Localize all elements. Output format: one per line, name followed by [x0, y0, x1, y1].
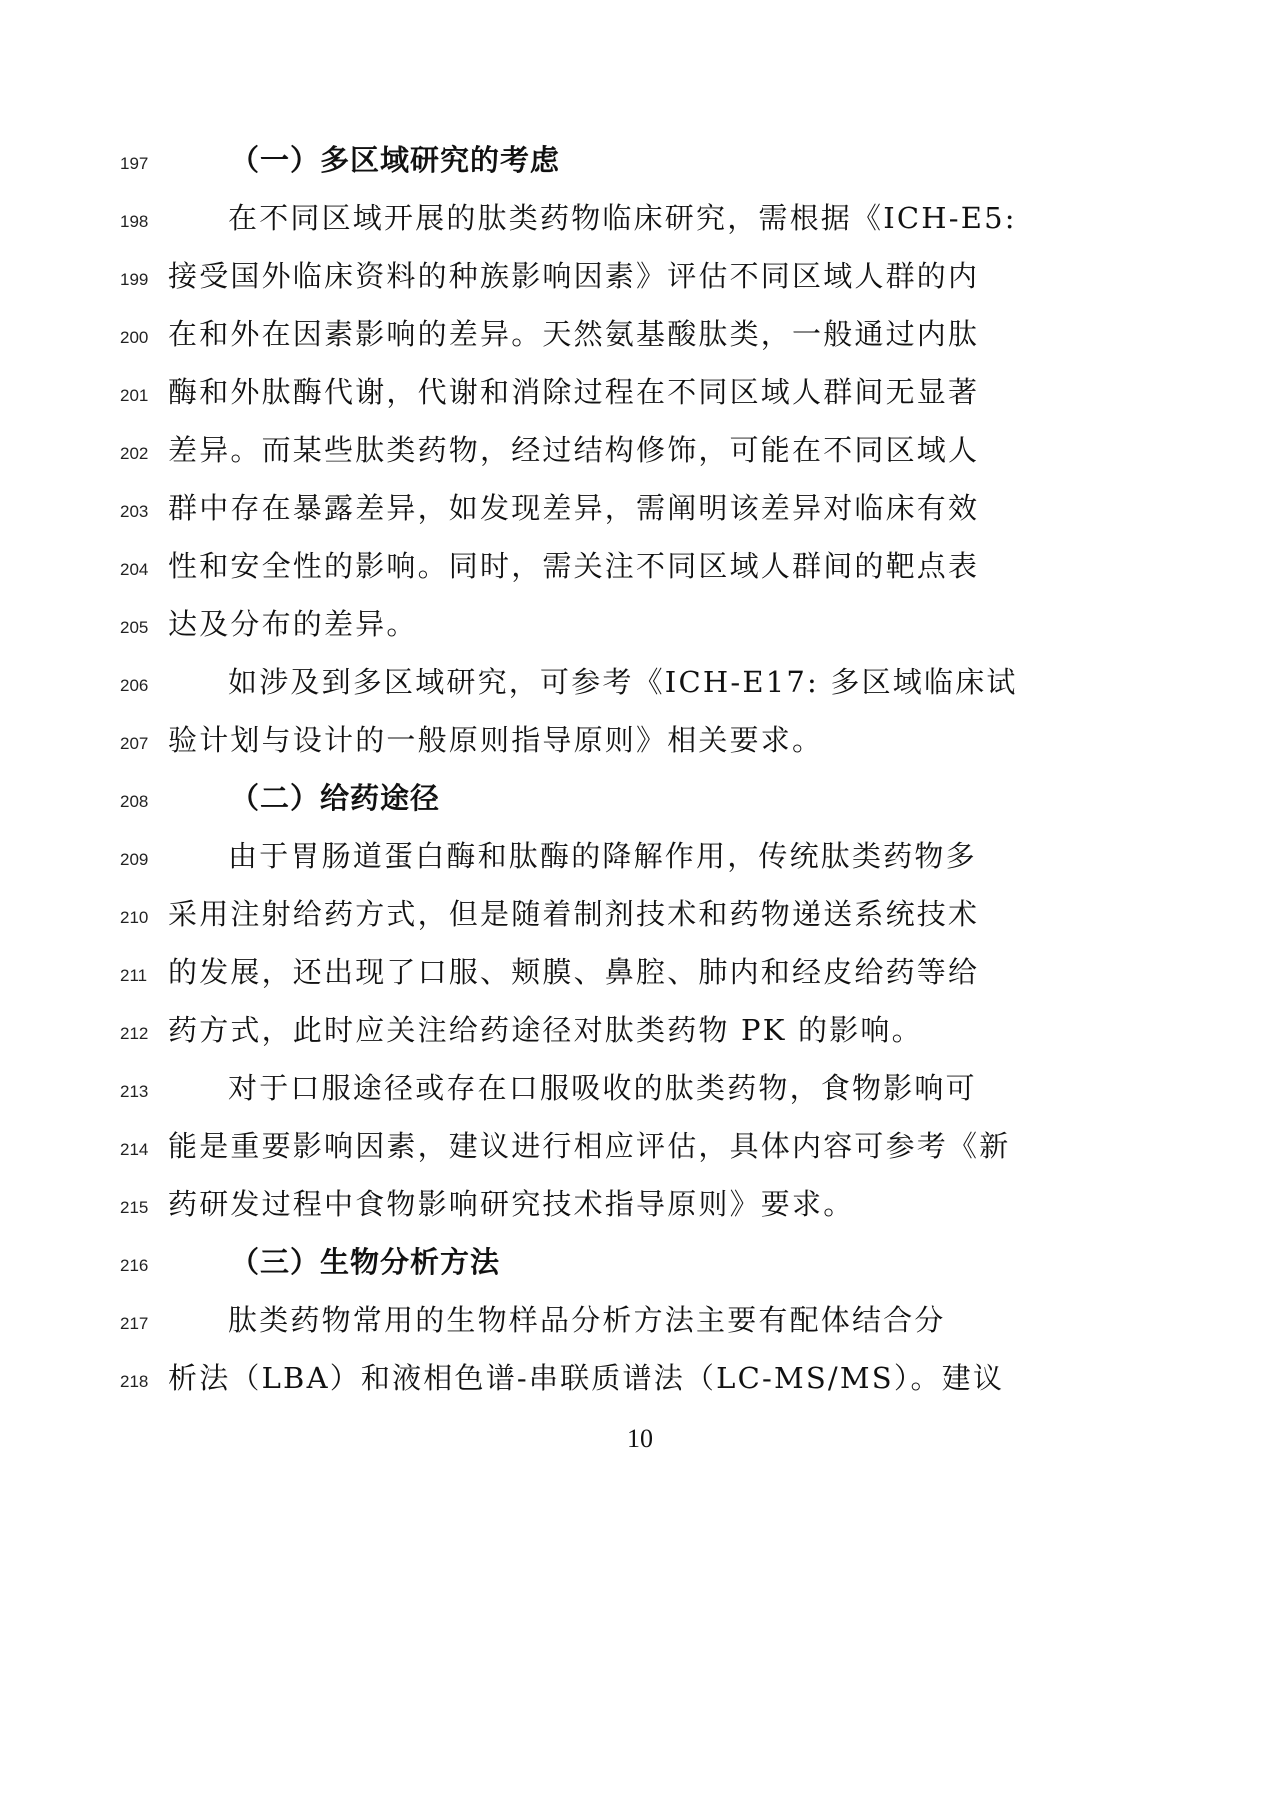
paragraph-line: 如涉及到多区域研究，可参考《ICH-E17: 多区域临床试: [228, 662, 1092, 702]
line-197: 197 （一）多区域研究的考虑: [0, 140, 1280, 198]
paragraph-line: 在和外在因素影响的差异。天然氨基酸肽类，一般通过内肽: [168, 314, 1092, 354]
line-number: 200: [120, 328, 170, 348]
line-214: 214 能是重要影响因素，建议进行相应评估，具体内容可参考《新: [0, 1126, 1280, 1184]
line-number: 206: [120, 676, 170, 696]
paragraph-line: 药研发过程中食物影响研究技术指导原则》要求。: [168, 1184, 1092, 1224]
line-211: 211 的发展，还出现了口服、颊膜、鼻腔、肺内和经皮给药等给: [0, 952, 1280, 1010]
paragraph-line: 肽类药物常用的生物样品分析方法主要有配体结合分: [228, 1300, 1092, 1340]
line-202: 202 差异。而某些肽类药物，经过结构修饰，可能在不同区域人: [0, 430, 1280, 488]
line-205: 205 达及分布的差异。: [0, 604, 1280, 662]
line-number: 210: [120, 908, 170, 928]
line-number: 208: [120, 792, 170, 812]
line-number: 203: [120, 502, 170, 522]
line-number: 218: [120, 1372, 170, 1392]
line-208: 208 （二）给药途径: [0, 778, 1280, 836]
line-number: 211: [120, 966, 170, 986]
document-page: 197 （一）多区域研究的考虑 198 在不同区域开展的肽类药物临床研究，需根据…: [0, 0, 1280, 1810]
line-217: 217 肽类药物常用的生物样品分析方法主要有配体结合分: [0, 1300, 1280, 1358]
paragraph-line: 采用注射给药方式，但是随着制剂技术和药物递送系统技术: [168, 894, 1092, 934]
line-number: 215: [120, 1198, 170, 1218]
line-number: 197: [120, 154, 170, 174]
line-199: 199 接受国外临床资料的种族影响因素》评估不同区域人群的内: [0, 256, 1280, 314]
line-number: 198: [120, 212, 170, 232]
line-200: 200 在和外在因素影响的差异。天然氨基酸肽类，一般通过内肽: [0, 314, 1280, 372]
section-heading: （二）给药途径: [230, 778, 1154, 818]
paragraph-line: 酶和外肽酶代谢，代谢和消除过程在不同区域人群间无显著: [168, 372, 1092, 412]
paragraph-line: 对于口服途径或存在口服吸收的肽类药物，食物影响可: [228, 1068, 1092, 1108]
paragraph-line: 能是重要影响因素，建议进行相应评估，具体内容可参考《新: [168, 1126, 1092, 1166]
line-201: 201 酶和外肽酶代谢，代谢和消除过程在不同区域人群间无显著: [0, 372, 1280, 430]
page-number: 10: [0, 1424, 1280, 1454]
line-number: 204: [120, 560, 170, 580]
line-207: 207 验计划与设计的一般原则指导原则》相关要求。: [0, 720, 1280, 778]
line-210: 210 采用注射给药方式，但是随着制剂技术和药物递送系统技术: [0, 894, 1280, 952]
paragraph-line: 析法（LBA）和液相色谱-串联质谱法（LC-MS/MS）。建议: [168, 1358, 1092, 1398]
paragraph-line: 在不同区域开展的肽类药物临床研究，需根据《ICH-E5:: [228, 198, 1092, 238]
paragraph-line: 群中存在暴露差异，如发现差异，需阐明该差异对临床有效: [168, 488, 1092, 528]
paragraph-line: 的发展，还出现了口服、颊膜、鼻腔、肺内和经皮给药等给: [168, 952, 1092, 992]
line-198: 198 在不同区域开展的肽类药物临床研究，需根据《ICH-E5:: [0, 198, 1280, 256]
paragraph-line: 由于胃肠道蛋白酶和肽酶的降解作用，传统肽类药物多: [228, 836, 1092, 876]
section-heading: （三）生物分析方法: [230, 1242, 1154, 1282]
paragraph-line: 接受国外临床资料的种族影响因素》评估不同区域人群的内: [168, 256, 1092, 296]
line-216: 216 （三）生物分析方法: [0, 1242, 1280, 1300]
line-215: 215 药研发过程中食物影响研究技术指导原则》要求。: [0, 1184, 1280, 1242]
paragraph-line: 性和安全性的影响。同时，需关注不同区域人群间的靶点表: [168, 546, 1092, 586]
line-number: 214: [120, 1140, 170, 1160]
line-number: 205: [120, 618, 170, 638]
line-203: 203 群中存在暴露差异，如发现差异，需阐明该差异对临床有效: [0, 488, 1280, 546]
line-number: 212: [120, 1024, 170, 1044]
line-204: 204 性和安全性的影响。同时，需关注不同区域人群间的靶点表: [0, 546, 1280, 604]
paragraph-line: 达及分布的差异。: [168, 604, 1092, 644]
line-number: 202: [120, 444, 170, 464]
paragraph-line: 验计划与设计的一般原则指导原则》相关要求。: [168, 720, 1092, 760]
line-number: 213: [120, 1082, 170, 1102]
line-213: 213 对于口服途径或存在口服吸收的肽类药物，食物影响可: [0, 1068, 1280, 1126]
line-number: 217: [120, 1314, 170, 1334]
line-206: 206 如涉及到多区域研究，可参考《ICH-E17: 多区域临床试: [0, 662, 1280, 720]
line-209: 209 由于胃肠道蛋白酶和肽酶的降解作用，传统肽类药物多: [0, 836, 1280, 894]
line-number: 207: [120, 734, 170, 754]
line-212: 212 药方式，此时应关注给药途径对肽类药物 PK 的影响。: [0, 1010, 1280, 1068]
section-heading: （一）多区域研究的考虑: [230, 140, 1154, 180]
line-number: 199: [120, 270, 170, 290]
line-number: 201: [120, 386, 170, 406]
line-number: 209: [120, 850, 170, 870]
line-218: 218 析法（LBA）和液相色谱-串联质谱法（LC-MS/MS）。建议: [0, 1358, 1280, 1416]
paragraph-line: 差异。而某些肽类药物，经过结构修饰，可能在不同区域人: [168, 430, 1092, 470]
paragraph-line: 药方式，此时应关注给药途径对肽类药物 PK 的影响。: [168, 1010, 1092, 1050]
line-number: 216: [120, 1256, 170, 1276]
